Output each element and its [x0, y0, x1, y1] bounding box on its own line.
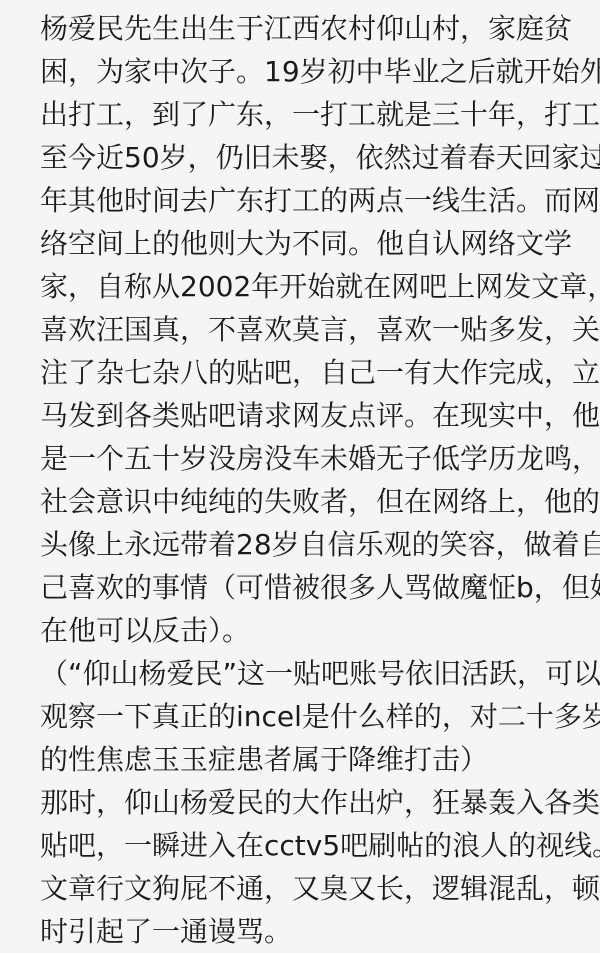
text-line: 那时，仰山杨爱民的大作出炉，狂暴轰入各类 — [40, 781, 572, 824]
text-line: 头像上永远带着28岁自信乐观的笑容，做着自 — [40, 523, 572, 566]
text-line: 注了杂七杂八的贴吧，自己一有大作完成，立 — [40, 351, 572, 394]
text-line: （“仰山杨爱民”这一贴吧账号依旧活跃，可以去 — [40, 652, 572, 695]
text-line: 是一个五十岁没房没车未婚无子低学历龙鸣， — [40, 437, 572, 480]
text-line: 至今近50岁，仍旧未娶，依然过着春天回家过 — [40, 136, 572, 179]
text-line: 己喜欢的事情（可惜被很多人骂做魔怔b，但好 — [40, 566, 572, 609]
text-line: 观察一下真正的incel是什么样的，对二十多岁 — [40, 695, 572, 738]
text-line: 时引起了一通谩骂。 — [40, 910, 572, 953]
text-line: 社会意识中纯纯的失败者，但在网络上，他的 — [40, 480, 572, 523]
text-line: 年其他时间去广东打工的两点一线生活。而网 — [40, 179, 572, 222]
text-line: 家，自称从2002年开始就在网吧上网发文章， — [40, 265, 572, 308]
text-line: 杨爱民先生出生于江西农村仰山村，家庭贫 — [40, 7, 572, 50]
text-line: 喜欢汪国真，不喜欢莫言，喜欢一贴多发，关 — [40, 308, 572, 351]
text-line: 贴吧，一瞬进入在cctv5吧刷帖的浪人的视线。 — [40, 824, 572, 867]
text-line: 文章行文狗屁不通，又臭又长，逻辑混乱，顿 — [40, 867, 572, 910]
text-line: 马发到各类贴吧请求网友点评。在现实中，他 — [40, 394, 572, 437]
article-text: 杨爱民先生出生于江西农村仰山村，家庭贫 困，为家中次子。19岁初中毕业之后就开始… — [40, 7, 572, 953]
text-line: 困，为家中次子。19岁初中毕业之后就开始外 — [40, 50, 572, 93]
text-line: 的性焦虑玉玉症患者属于降维打击） — [40, 738, 572, 781]
text-line: 络空间上的他则大为不同。他自认网络文学 — [40, 222, 572, 265]
text-line: 在他可以反击）。 — [40, 609, 572, 652]
text-line: 出打工，到了广东，一打工就是三十年，打工 — [40, 93, 572, 136]
text-page: 杨爱民先生出生于江西农村仰山村，家庭贫 困，为家中次子。19岁初中毕业之后就开始… — [0, 0, 600, 953]
